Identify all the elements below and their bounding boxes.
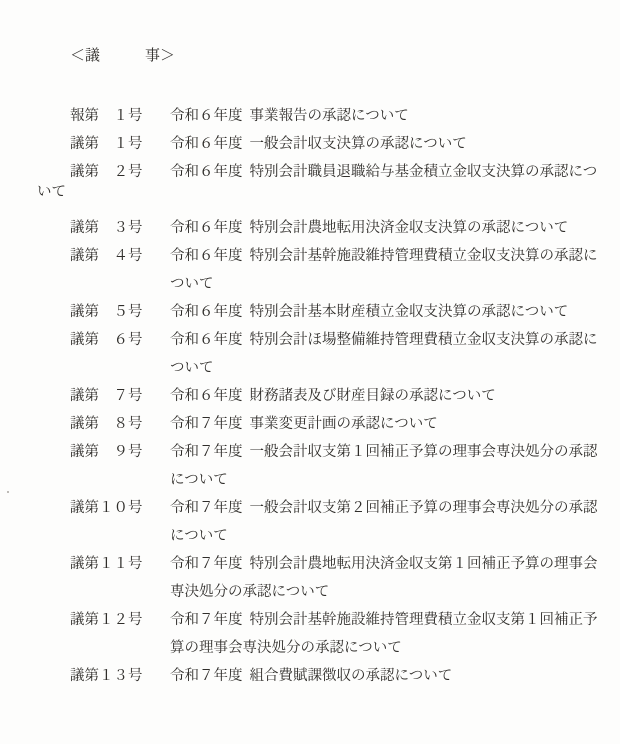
item-title: 特別会計農地転用決済金収支決算の承認について bbox=[250, 214, 569, 242]
item-title-continuation: ついて bbox=[0, 354, 620, 382]
agenda-item-row: 議第１３号令和７年度組合費賦課徴収の承認について bbox=[0, 662, 620, 690]
item-fiscal-year: 令和６年度 bbox=[170, 158, 243, 186]
item-number-label: 議第 ９号 bbox=[70, 438, 170, 466]
item-fiscal-year: 令和６年度 bbox=[170, 242, 243, 270]
item-fiscal-year: 令和６年度 bbox=[170, 214, 243, 242]
item-fiscal-year: 令和６年度 bbox=[170, 382, 243, 410]
item-title-continuation: について bbox=[0, 466, 620, 494]
item-fiscal-year: 令和７年度 bbox=[170, 606, 243, 634]
item-title: 特別会計基幹施設維持管理費積立金収支決算の承認に bbox=[250, 242, 598, 270]
item-number-label: 議第 ７号 bbox=[70, 382, 170, 410]
agenda-item-row: 議第１０号令和７年度一般会計収支第２回補正予算の理事会専決処分の承認 bbox=[0, 494, 620, 522]
agenda-item-row: 報第 １号令和６年度事業報告の承認について bbox=[0, 102, 620, 130]
item-title: 一般会計収支第１回補正予算の理事会専決処分の承認 bbox=[250, 438, 598, 466]
agenda-item-list: 報第 １号令和６年度事業報告の承認について議第 １号令和６年度一般会計収支決算の… bbox=[0, 102, 620, 690]
item-fiscal-year: 令和６年度 bbox=[170, 326, 243, 354]
item-fiscal-year: 令和７年度 bbox=[170, 438, 243, 466]
item-number-label: 報第 １号 bbox=[70, 102, 170, 130]
item-title: 財務諸表及び財産目録の承認について bbox=[250, 382, 496, 410]
item-fiscal-year: 令和７年度 bbox=[170, 550, 243, 578]
agenda-item-row: 議第 ８号令和７年度事業変更計画の承認について bbox=[0, 410, 620, 438]
item-title: 特別会計農地転用決済金収支第１回補正予算の理事会 bbox=[250, 550, 598, 578]
item-title: 事業変更計画の承認について bbox=[250, 410, 438, 438]
item-title-continuation: 専決処分の承認について bbox=[0, 578, 620, 606]
item-title: 一般会計収支決算の承認について bbox=[250, 130, 467, 158]
item-number-label: 議第 ６号 bbox=[70, 326, 170, 354]
scanned-document-page: ＜議 事＞ 報第 １号令和６年度事業報告の承認について議第 １号令和６年度一般会… bbox=[0, 0, 620, 744]
agenda-item-row: 議第１１号令和７年度特別会計農地転用決済金収支第１回補正予算の理事会 bbox=[0, 550, 620, 578]
item-title: 特別会計ほ場整備維持管理費積立金収支決算の承認に bbox=[250, 326, 598, 354]
item-title-continuation: ついて bbox=[0, 270, 620, 298]
item-title-continuation: 算の理事会専決処分の承認について bbox=[0, 634, 620, 662]
document-heading: ＜議 事＞ bbox=[0, 0, 620, 66]
agenda-item-row: 議第 ３号令和６年度特別会計農地転用決済金収支決算の承認について bbox=[0, 214, 620, 242]
item-title: 特別会計基本財産積立金収支決算の承認について bbox=[250, 298, 569, 326]
item-fiscal-year: 令和７年度 bbox=[170, 662, 243, 690]
item-title: 特別会計基幹施設維持管理費積立金収支第１回補正予 bbox=[250, 606, 598, 634]
item-number-label: 議第 ５号 bbox=[70, 298, 170, 326]
item-number-label: 議第 ４号 bbox=[70, 242, 170, 270]
agenda-item-row: 議第 ６号令和６年度特別会計ほ場整備維持管理費積立金収支決算の承認に bbox=[0, 326, 620, 354]
item-number-label: 議第 ８号 bbox=[70, 410, 170, 438]
agenda-item-row: 議第 ９号令和７年度一般会計収支第１回補正予算の理事会専決処分の承認 bbox=[0, 438, 620, 466]
agenda-item-row: 議第１２号令和７年度特別会計基幹施設維持管理費積立金収支第１回補正予 bbox=[0, 606, 620, 634]
item-fiscal-year: 令和６年度 bbox=[170, 130, 243, 158]
item-title: 組合費賦課徴収の承認について bbox=[250, 662, 453, 690]
item-number-label: 議第 ３号 bbox=[70, 214, 170, 242]
item-number-label: 議第１０号 bbox=[70, 494, 170, 522]
item-number-label: 議第１２号 bbox=[70, 606, 170, 634]
item-number-label: 議第１１号 bbox=[70, 550, 170, 578]
item-title: 事業報告の承認について bbox=[250, 102, 409, 130]
item-fiscal-year: 令和６年度 bbox=[170, 102, 243, 130]
agenda-item-row: 議第 ７号令和６年度財務諸表及び財産目録の承認について bbox=[0, 382, 620, 410]
item-title-continuation: について bbox=[0, 522, 620, 550]
item-number-label: 議第１３号 bbox=[70, 662, 170, 690]
item-fiscal-year: 令和６年度 bbox=[170, 298, 243, 326]
item-title: 一般会計収支第２回補正予算の理事会専決処分の承認 bbox=[250, 494, 598, 522]
agenda-item-row: 議第 ４号令和６年度特別会計基幹施設維持管理費積立金収支決算の承認に bbox=[0, 242, 620, 270]
item-fiscal-year: 令和７年度 bbox=[170, 494, 243, 522]
item-fiscal-year: 令和７年度 bbox=[170, 410, 243, 438]
agenda-item-row: 議第 １号令和６年度一般会計収支決算の承認について bbox=[0, 130, 620, 158]
item-title: 特別会計職員退職給与基金積立金収支決算の承認につ bbox=[250, 158, 598, 186]
agenda-item-row: 議第 ５号令和６年度特別会計基本財産積立金収支決算の承認について bbox=[0, 298, 620, 326]
item-number-label: 議第 １号 bbox=[70, 130, 170, 158]
scan-artifact-dot bbox=[7, 491, 9, 493]
item-number-label: 議第 ２号 bbox=[70, 158, 170, 186]
agenda-item-row: 議第 ２号令和６年度特別会計職員退職給与基金積立金収支決算の承認につ bbox=[0, 158, 620, 186]
